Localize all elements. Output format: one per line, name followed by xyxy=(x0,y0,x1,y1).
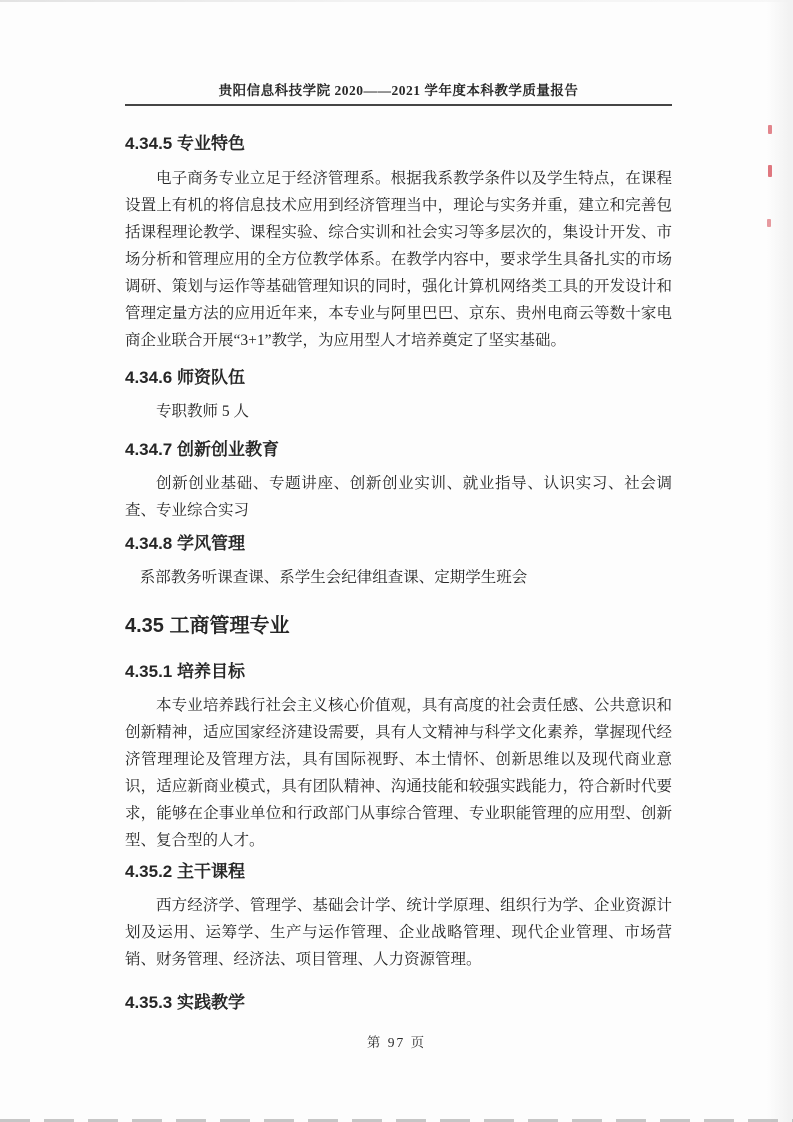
paragraph-main-courses: 西方经济学、管理学、基础会计学、统计学原理、组织行为学、企业资源计划及运用、运筹… xyxy=(125,892,672,973)
heading-4-34-6: 4.34.6 师资队伍 xyxy=(125,367,672,389)
page-header: 贵阳信息科技学院 2020——2021 学年度本科教学质量报告 xyxy=(125,82,672,106)
paragraph-faculty: 专职教师 5 人 xyxy=(125,398,672,425)
scanned-report-page: 贵阳信息科技学院 2020——2021 学年度本科教学质量报告 4.34.5 专… xyxy=(0,0,793,1122)
paragraph-study-style: 系部教务听课查课、系学生会纪律组查课、定期学生班会 xyxy=(125,564,672,591)
heading-4-35-3: 4.35.3 实践教学 xyxy=(125,992,672,1014)
paragraph-training-objectives: 本专业培养践行社会主义核心价值观，具有高度的社会责任感、公共意识和创新精神，适应… xyxy=(125,692,672,854)
heading-4-34-8: 4.34.8 学风管理 xyxy=(125,533,672,555)
scan-artifact-red-2 xyxy=(768,165,772,177)
heading-4-35-1: 4.35.1 培养目标 xyxy=(125,661,672,683)
heading-4-35-2: 4.35.2 主干课程 xyxy=(125,861,672,883)
page-footer: 第 97 页 xyxy=(0,1031,793,1051)
scan-artifact-red-3 xyxy=(767,219,771,227)
scan-edge-top xyxy=(0,0,793,2)
page-number: 第 97 页 xyxy=(367,1035,426,1050)
paragraph-innovation-education: 创新创业基础、专题讲座、创新创业实训、就业指导、认识实习、社会调查、专业综合实习 xyxy=(125,470,672,524)
scan-artifact-red-1 xyxy=(768,125,772,134)
heading-4-34-7: 4.34.7 创新创业教育 xyxy=(125,439,672,461)
paragraph-professional-features: 电子商务专业立足于经济管理系。根据我系教学条件以及学生特点，在课程设置上有机的将… xyxy=(125,165,672,354)
heading-4-34-5: 4.34.5 专业特色 xyxy=(125,133,672,155)
report-title: 贵阳信息科技学院 2020——2021 学年度本科教学质量报告 xyxy=(219,83,579,98)
heading-4-35: 4.35 工商管理专业 xyxy=(125,613,672,639)
